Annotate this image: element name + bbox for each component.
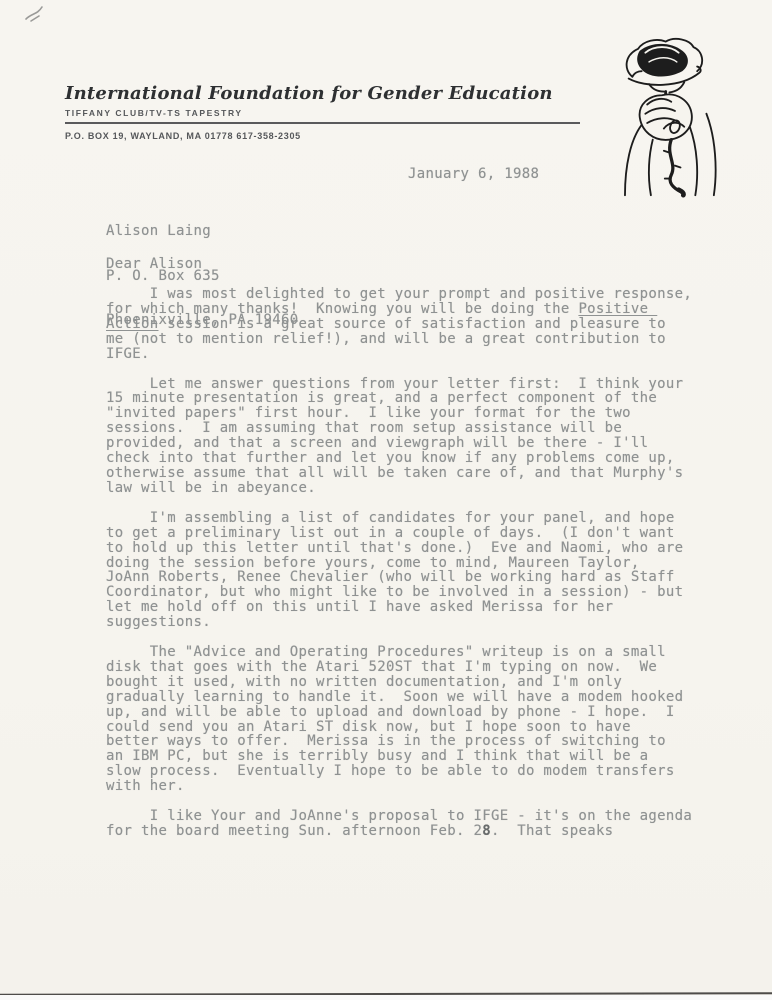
letter-line: I'm assembling a list of candidates for … — [106, 511, 736, 526]
letter-page: International Foundation for Gender Educ… — [0, 0, 772, 1000]
letter-line: for which many thanks! Knowing you will … — [106, 302, 736, 317]
letter-paragraph: The "Advice and Operating Procedures" wr… — [106, 645, 736, 794]
letter-line: The "Advice and Operating Procedures" wr… — [106, 645, 736, 660]
org-subtitle: TIFFANY CLUB/TV-TS TAPESTRY — [65, 108, 585, 118]
letter-line: disk that goes with the Atari 520ST that… — [106, 660, 736, 675]
letter-line: 15 minute presentation is great, and a p… — [106, 391, 736, 406]
letter-line: let me hold off on this until I have ask… — [106, 600, 736, 615]
letter-line: JoAnn Roberts, Renee Chevalier (who will… — [106, 570, 736, 585]
letter-paragraph: I like Your and JoAnne's proposal to IFG… — [106, 809, 736, 839]
letter-line: I like Your and JoAnne's proposal to IFG… — [106, 809, 736, 824]
salutation: Dear Alison — [106, 257, 202, 272]
letterhead: International Foundation for Gender Educ… — [65, 83, 585, 141]
pencil-mark — [22, 2, 56, 24]
letter-line: better ways to offer. Merissa is in the … — [106, 734, 736, 749]
page-edge-below — [0, 995, 772, 1000]
letter-line: IFGE. — [106, 347, 736, 362]
letter-line: suggestions. — [106, 615, 736, 630]
org-name: International Foundation for Gender Educ… — [65, 83, 585, 104]
recipient-name: Alison Laing — [106, 224, 298, 239]
letter-line: with her. — [106, 779, 736, 794]
letter-line: Action session is a great source of sati… — [106, 317, 736, 332]
letter-line: Let me answer questions from your letter… — [106, 377, 736, 392]
org-address-line: P.O. BOX 19, WAYLAND, MA 01778 617-358-2… — [65, 131, 585, 141]
letter-line: to get a preliminary list out in a coupl… — [106, 526, 736, 541]
letter-line: I was most delighted to get your prompt … — [106, 287, 736, 302]
letter-line: bought it used, with no written document… — [106, 675, 736, 690]
letter-line: to hold up this letter until that's done… — [106, 541, 736, 556]
letter-paragraph: I was most delighted to get your prompt … — [106, 287, 736, 362]
hand-holding-rose-icon — [596, 36, 728, 198]
letter-line: provided, and that a screen and viewgrap… — [106, 436, 736, 451]
letter-paragraph: I'm assembling a list of candidates for … — [106, 511, 736, 630]
letter-line: otherwise assume that all will be taken … — [106, 466, 736, 481]
letter-line: doing the session before yours, come to … — [106, 556, 736, 571]
letter-date: January 6, 1988 — [408, 167, 539, 182]
letter-line: "invited papers" first hour. I like your… — [106, 406, 736, 421]
letter-line: up, and will be able to upload and downl… — [106, 705, 736, 720]
letter-line: sessions. I am assuming that room setup … — [106, 421, 736, 436]
letter-line: Coordinator, but who might like to be in… — [106, 585, 736, 600]
letter-line: slow process. Eventually I hope to be ab… — [106, 764, 736, 779]
letter-line: for the board meeting Sun. afternoon Feb… — [106, 824, 736, 839]
letter-line: check into that further and let you know… — [106, 451, 736, 466]
letter-line: could send you an Atari ST disk now, but… — [106, 720, 736, 735]
letter-body: I was most delighted to get your prompt … — [106, 287, 736, 854]
letter-line: law will be in abeyance. — [106, 481, 736, 496]
letterhead-rule — [65, 122, 580, 124]
letter-line: me (not to mention relief!), and will be… — [106, 332, 736, 347]
letter-line: an IBM PC, but she is terribly busy and … — [106, 749, 736, 764]
letter-paragraph: Let me answer questions from your letter… — [106, 377, 736, 496]
letter-line: gradually learning to handle it. Soon we… — [106, 690, 736, 705]
